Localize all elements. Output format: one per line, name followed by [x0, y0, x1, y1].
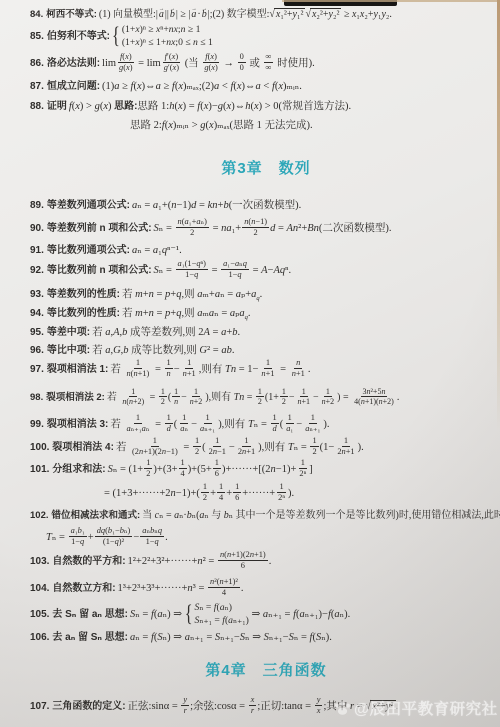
formula-item-101-line2: = (1+3+······+2n−1)+(12+14+16+······+12ⁿ… [104, 483, 294, 504]
item-formula: 若 1aₙ₊₁aₙ = 1d(1aₙ−1aₙ₊₁),则有 Tₙ = 1d(1a₁… [110, 419, 329, 430]
item-number: 84. [30, 9, 43, 20]
chapter-4-heading: 第4章 三角函数 [16, 659, 500, 680]
item-number: 100. [30, 442, 49, 453]
item-title: 裂项相消法 2: [46, 392, 105, 403]
formula-item-101: 101.分组求和法:Sₙ = (1+12)+(3+14)+(5+16)+····… [30, 459, 313, 480]
item-title: 裂项相消法 4: [52, 442, 113, 453]
formula-item-87: 87.恒成立问题:(1)a ≥ f(x)⇔a ≥ f(x)ₘₐₓ;(2)a < … [30, 81, 302, 94]
item-number: 104. [30, 583, 49, 594]
item-formula: (1)a ≥ f(x)⇔a ≥ f(x)ₘₐₓ;(2)a < f(x)⇔a < … [102, 81, 302, 92]
paper-edge-top [282, 0, 497, 2]
item-formula: Sₙ = (1+12)+(3+14)+(5+16)+······+[(2n−1)… [108, 464, 313, 475]
watermark: @辰田平教育研究社 [334, 697, 498, 719]
item-title: 裂项相消法 1: [47, 364, 108, 375]
item-title: 等比数列的性质: [47, 308, 120, 319]
paw-icon [334, 701, 351, 716]
item-number: 105. [30, 609, 49, 620]
item-number: 107. [30, 701, 49, 712]
item-title: 洛必达法则: [47, 58, 100, 69]
item-title: 自然数的平方和: [52, 556, 125, 567]
item-title: 等差数列的性质: [47, 289, 120, 300]
formula-item-90: 90.等差数列前 n 项和公式:Sₙ = n(a₁+aₙ)2 = na₁+n(n… [30, 218, 392, 239]
item-title: 等比中项: [47, 345, 90, 356]
formula-item-97: 97.裂项相消法 1:若 1n(n+1) = 1n−1n+1,则有 Tn = 1… [30, 359, 310, 380]
formula-item-85: 85.伯努利不等式:{(1+x)ⁿ ≥ xⁿ+nx;n ≥ 1(1+x)ⁿ ≤ … [30, 24, 213, 49]
item-number: 88. [30, 101, 44, 112]
formula-item-88-line2: 思路 2:f(x)ₘᵢₙ > g(x)ₘₐₓ(思路 1 无法完成). [130, 120, 313, 133]
formula-item-98: 98.裂项相消法 2:若 1n(n+2) = 12(1n−1n+2),则有 Tn… [30, 388, 399, 408]
formula-item-96: 96.等比中项:若 a,G,b 成等比数列,则 G² = ab. [30, 345, 234, 358]
item-formula: {(1+x)ⁿ ≥ xⁿ+nx;n ≥ 1(1+x)ⁿ ≤ 1+nx;0 ≤ n… [112, 31, 213, 42]
formula-item-104: 104.自然数立方和:1³+2³+3³+······+n³ = n²(n+1)²… [30, 578, 244, 599]
item-number: 93. [30, 289, 44, 300]
item-title: 证明 [47, 101, 67, 112]
item-formula: (1) 向量模型:|a||b| ≥ |a·b|;(2) 数字模型:√x₁²+y₁… [99, 9, 392, 20]
item-formula: 若 a,A,b 成等差数列,则 2A = a+b. [92, 327, 240, 338]
item-formula: 1²+2²+3²+······+n² = n(n+1)(2n+1)6. [128, 556, 272, 567]
item-title: 分组求和法: [52, 464, 105, 475]
item-formula: 若 1n(n+2) = 12(1n−1n+2),则有 Tn = 12(1+12−… [107, 392, 400, 403]
formula-item-106: 106.去 aₙ 留 Sₙ 思想:aₙ = f(Sₙ) ⇒ aₙ₊₁ = Sₙ₊… [30, 632, 332, 645]
formula-item-105: 105.去 Sₙ 留 aₙ 思想:Sₙ = f(aₙ) ⇒ {Sₙ = f(aₙ… [30, 602, 350, 627]
item-number: 95. [30, 327, 44, 338]
item-title: 裂项相消法 3: [47, 419, 108, 430]
formula-item-99: 99.裂项相消法 3:若 1aₙ₊₁aₙ = 1d(1aₙ−1aₙ₊₁),则有 … [30, 414, 330, 435]
item-formula: 若 m+n = p+q,则 aₘ+aₙ = aₚ+aq. [122, 289, 262, 300]
item-formula: f(x) > g(x) 思路:思路 1:h(x) = f(x)−g(x)⇔h(x… [69, 101, 351, 112]
item-formula: aₙ = a₁qⁿ⁻¹. [132, 245, 182, 256]
formula-item-102: 102.错位相减法求和通式:当 cₙ = aₙ·bₙ(aₙ 与 bₙ 其中一个是… [30, 510, 500, 522]
formula-item-88: 88.证明f(x) > g(x) 思路:思路 1:h(x) = f(x)−g(x… [30, 101, 351, 114]
item-formula: 若 1n(n+1) = 1n−1n+1,则有 Tn = 1−1n+1 = nn+… [110, 364, 310, 375]
item-formula: 若 a,G,b 成等比数列,则 G² = ab. [92, 345, 234, 356]
formula-item-93: 93.等差数列的性质:若 m+n = p+q,则 aₘ+aₙ = aₚ+aq. [30, 289, 262, 303]
item-number: 90. [30, 223, 44, 234]
item-title: 错位相减法求和通式: [52, 510, 141, 521]
item-formula: 1³+2³+3³+······+n³ = n²(n+1)²4. [118, 583, 244, 594]
document-page: 84.柯西不等式:(1) 向量模型:|a||b| ≥ |a·b|;(2) 数字模… [0, 0, 500, 727]
item-number: 89. [30, 200, 44, 211]
item-number: 86. [30, 58, 44, 69]
item-number: 91. [30, 245, 44, 256]
item-title: 去 aₙ 留 Sₙ 思想: [52, 632, 128, 643]
item-formula: = (1+3+······+2n−1)+(12+14+16+······+12ⁿ… [104, 488, 294, 499]
item-title: 去 Sₙ 留 aₙ 思想: [52, 609, 128, 620]
item-number: 106. [30, 632, 49, 643]
item-formula: 若 m+n = p+q,则 aₘaₙ = aₚaq. [122, 308, 250, 319]
item-number: 94. [30, 308, 44, 319]
item-formula: limf(x)g(x) = limf′(x)g′(x) (当 f(x)g(x) … [102, 58, 315, 69]
formula-item-102-line2: Tₙ = a₁b₁1−q+dq(b₁−bₙ)(1−q)²−aₙbₙq1−q. [46, 527, 168, 548]
item-title: 恒成立问题: [47, 81, 100, 92]
item-title: 三角函数的定义: [52, 701, 125, 712]
item-number: 85. [30, 31, 44, 42]
item-formula: 当 cₙ = aₙ·bₙ(aₙ 与 bₙ 其中一个是等差数列一个是等比数列)时,… [142, 510, 500, 521]
item-title: 自然数立方和: [52, 583, 115, 594]
item-formula: Sₙ = f(aₙ) ⇒ {Sₙ = f(aₙ)Sₙ₊₁ = f(aₙ₊₁) ⇒… [130, 609, 350, 620]
item-title: 等差数列通项公式: [47, 200, 130, 211]
item-number: 99. [30, 419, 44, 430]
formula-item-103: 103.自然数的平方和:1²+2²+3²+······+n² = n(n+1)(… [30, 551, 271, 572]
item-formula: 思路 2:f(x)ₘᵢₙ > g(x)ₘₐₓ(思路 1 无法完成). [130, 120, 313, 131]
item-title: 等差中项: [47, 327, 90, 338]
formula-item-92: 92.等比数列前 n 项和公式:Sₙ = a₁(1−qⁿ)1−q = a₁−aₙ… [30, 260, 291, 281]
item-title: 等比数列通项公式: [47, 245, 130, 256]
formula-item-100: 100.裂项相消法 4:若 1(2n+1)(2n−1) = 12(12n−1−1… [30, 437, 364, 458]
formula-item-86: 86.洛必达法则:limf(x)g(x) = limf′(x)g′(x) (当 … [30, 53, 315, 74]
item-formula: aₙ = f(Sₙ) ⇒ aₙ₊₁ = Sₙ₊₁−Sₙ ⇒ Sₙ₊₁−Sₙ = … [130, 632, 332, 643]
item-number: 103. [30, 556, 49, 567]
formula-item-89: 89.等差数列通项公式:aₙ = a₁+(n−1)d = kn+b(一次函数模型… [30, 200, 301, 213]
item-number: 98. [30, 392, 43, 403]
item-title: 等比数列前 n 项和公式: [47, 265, 152, 276]
item-formula: Tₙ = a₁b₁1−q+dq(b₁−bₙ)(1−q)²−aₙbₙq1−q. [46, 532, 168, 543]
item-title: 等差数列前 n 项和公式: [47, 223, 152, 234]
formula-item-91: 91.等比数列通项公式:aₙ = a₁qⁿ⁻¹. [30, 245, 182, 258]
item-number: 101. [30, 464, 49, 475]
item-number: 97. [30, 364, 44, 375]
item-title: 伯努利不等式: [47, 31, 110, 42]
item-formula: Sₙ = a₁(1−qⁿ)1−q = a₁−aₙq1−q = A−Aqⁿ. [154, 265, 292, 276]
item-number: 92. [30, 265, 44, 276]
item-title: 柯西不等式: [46, 9, 97, 20]
item-formula: aₙ = a₁+(n−1)d = kn+b(一次函数模型). [132, 200, 301, 211]
formula-item-94: 94.等比数列的性质:若 m+n = p+q,则 aₘaₙ = aₚaq. [30, 308, 250, 322]
item-formula: Sₙ = n(a₁+aₙ)2 = na₁+n(n−1)2d = An²+Bn(二… [154, 223, 392, 234]
watermark-text: @辰田平教育研究社 [354, 697, 498, 719]
item-number: 96. [30, 345, 44, 356]
formula-item-95: 95.等差中项:若 a,A,b 成等差数列,则 2A = a+b. [30, 327, 240, 340]
item-number: 102. [30, 510, 49, 521]
formula-item-84: 84.柯西不等式:(1) 向量模型:|a||b| ≥ |a·b|;(2) 数字模… [30, 8, 392, 21]
item-number: 87. [30, 81, 44, 92]
chapter-3-heading: 第3章 数列 [16, 157, 500, 178]
item-formula: 若 1(2n+1)(2n−1) = 12(12n−1−12n+1),则有 Tₙ … [116, 442, 364, 453]
